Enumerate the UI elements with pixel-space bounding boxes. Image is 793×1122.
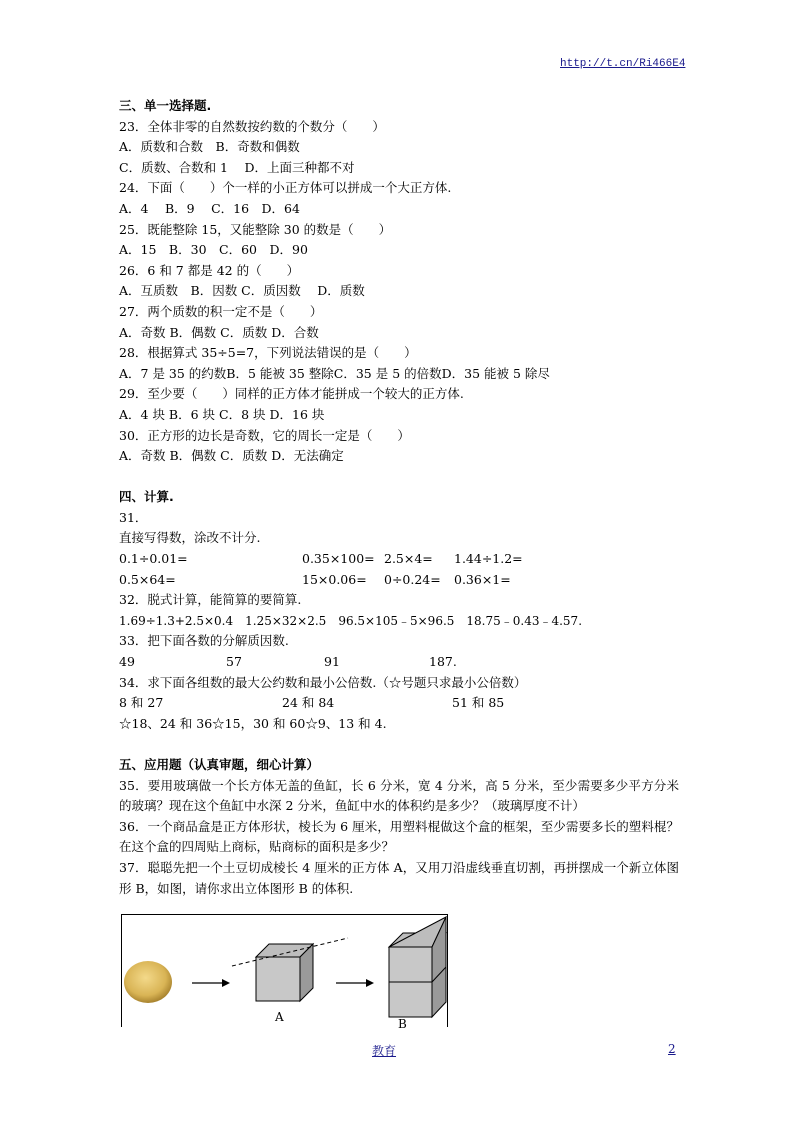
potato-icon — [124, 961, 172, 1003]
question-36: 36．一个商品盒是正方体形状，棱长为 6 厘米，用塑料棍做这个盒的框架，至少需要… — [119, 817, 679, 858]
figure-diagram-icon — [122, 915, 447, 1027]
section-title-calculation: 四、计算. — [119, 487, 679, 508]
question-34-row-1: 8 和 27 24 和 84 51 和 85 — [119, 693, 679, 714]
question-24-options: A．4 B．9 C．16 D．64 — [119, 199, 679, 220]
question-23-options-cd: C．质数、合数和 1 D．上面三种都不对 — [119, 158, 679, 179]
question-25-options: A．15 B．30 C．60 D．90 — [119, 240, 679, 261]
question-31-number: 31． — [119, 508, 679, 529]
question-31-instruction: 直接写得数，涂改不计分. — [119, 528, 679, 549]
question-34-row-2: ☆18、24 和 36☆15，30 和 60☆9、13 和 4. — [119, 714, 679, 735]
calc-item: 0.5×64= — [119, 570, 302, 591]
footer-link[interactable]: 教育 — [372, 1042, 396, 1059]
question-23-options-ab: A．质数和合数 B．奇数和偶数 — [119, 137, 679, 158]
question-32: 32．脱式计算，能简算的要简算. — [119, 590, 679, 611]
question-26-options: A．互质数 B．因数 C．质因数 D．质数 — [119, 281, 679, 302]
calc-item: 0.35×100= — [302, 549, 384, 570]
calc-item: 0.1÷0.01= — [119, 549, 302, 570]
question-28-options: A．7 是 35 的约数B．5 能被 35 整除C．35 是 5 的倍数D．35… — [119, 364, 679, 385]
question-29-options: A．4 块 B．6 块 C．8 块 D．16 块 — [119, 405, 679, 426]
question-31-row-2: 0.5×64= 15×0.06= 0÷0.24= 0.36×1= — [119, 570, 679, 591]
calc-item: 1.44÷1.2= — [454, 549, 523, 570]
question-30: 30．正方形的边长是奇数，它的周长一定是（ ） — [119, 426, 679, 447]
document-content: 三、单一选择题. 23．全体非零的自然数按约数的个数分（ ） A．质数和合数 B… — [119, 96, 679, 899]
factor-item: 49 — [119, 652, 226, 673]
question-29: 29．至少要（ ）同样的正方体才能拼成一个较大的正方体. — [119, 384, 679, 405]
spacer — [119, 734, 679, 755]
question-28: 28．根据算式 35÷5=7，下列说法错误的是（ ） — [119, 343, 679, 364]
gcd-item: 24 和 84 — [282, 693, 452, 714]
question-37: 37．聪聪先把一个土豆切成棱长 4 厘米的正方体 A，又用刀沿虚线垂直切割，再拼… — [119, 858, 679, 899]
spacer — [119, 467, 679, 488]
page-number[interactable]: 2 — [668, 1042, 676, 1056]
document-page: http://t.cn/Ri466E4 三、单一选择题. 23．全体非零的自然数… — [0, 0, 793, 1122]
question-27-options: A．奇数 B．偶数 C．质数 D．合数 — [119, 323, 679, 344]
question-33-items: 49 57 91 187. — [119, 652, 679, 673]
question-24: 24．下面（ ）个一样的小正方体可以拼成一个大正方体. — [119, 178, 679, 199]
header-url-link[interactable]: http://t.cn/Ri466E4 — [560, 58, 685, 70]
calc-item: 0.36×1= — [454, 570, 511, 591]
calc-item: 15×0.06= — [302, 570, 384, 591]
question-23: 23．全体非零的自然数按约数的个数分（ ） — [119, 117, 679, 138]
question-30-options: A．奇数 B．偶数 C．质数 D．无法确定 — [119, 446, 679, 467]
figure-label-b: B — [398, 1017, 407, 1031]
section-title-application: 五、应用题（认真审题，细心计算） — [119, 755, 679, 776]
calc-item: 0÷0.24= — [384, 570, 454, 591]
section-title-choice: 三、单一选择题. — [119, 96, 679, 117]
gcd-item: 8 和 27 — [119, 693, 282, 714]
gcd-item: 51 和 85 — [452, 693, 504, 714]
question-27: 27．两个质数的积一定不是（ ） — [119, 302, 679, 323]
question-32-items: 1.69÷1.3+2.5×0.4 1.25×32×2.5 96.5×105﹣5×… — [119, 611, 679, 632]
factor-item: 91 — [324, 652, 429, 673]
question-26: 26．6 和 7 都是 42 的（ ） — [119, 261, 679, 282]
factor-item: 187. — [429, 652, 457, 673]
factor-item: 57 — [226, 652, 324, 673]
figure-label-a: A — [275, 1010, 284, 1024]
calc-item: 2.5×4= — [384, 549, 454, 570]
question-31-row-1: 0.1÷0.01= 0.35×100= 2.5×4= 1.44÷1.2= — [119, 549, 679, 570]
question-34: 34．求下面各组数的最大公约数和最小公倍数.（☆号题只求最小公倍数） — [119, 673, 679, 694]
potato-cube-figure: A B — [121, 914, 448, 1027]
question-25: 25．既能整除 15，又能整除 30 的数是（ ） — [119, 220, 679, 241]
question-33: 33．把下面各数的分解质因数. — [119, 631, 679, 652]
question-35: 35．要用玻璃做一个长方体无盖的鱼缸，长 6 分米，宽 4 分米，高 5 分米，… — [119, 776, 679, 817]
